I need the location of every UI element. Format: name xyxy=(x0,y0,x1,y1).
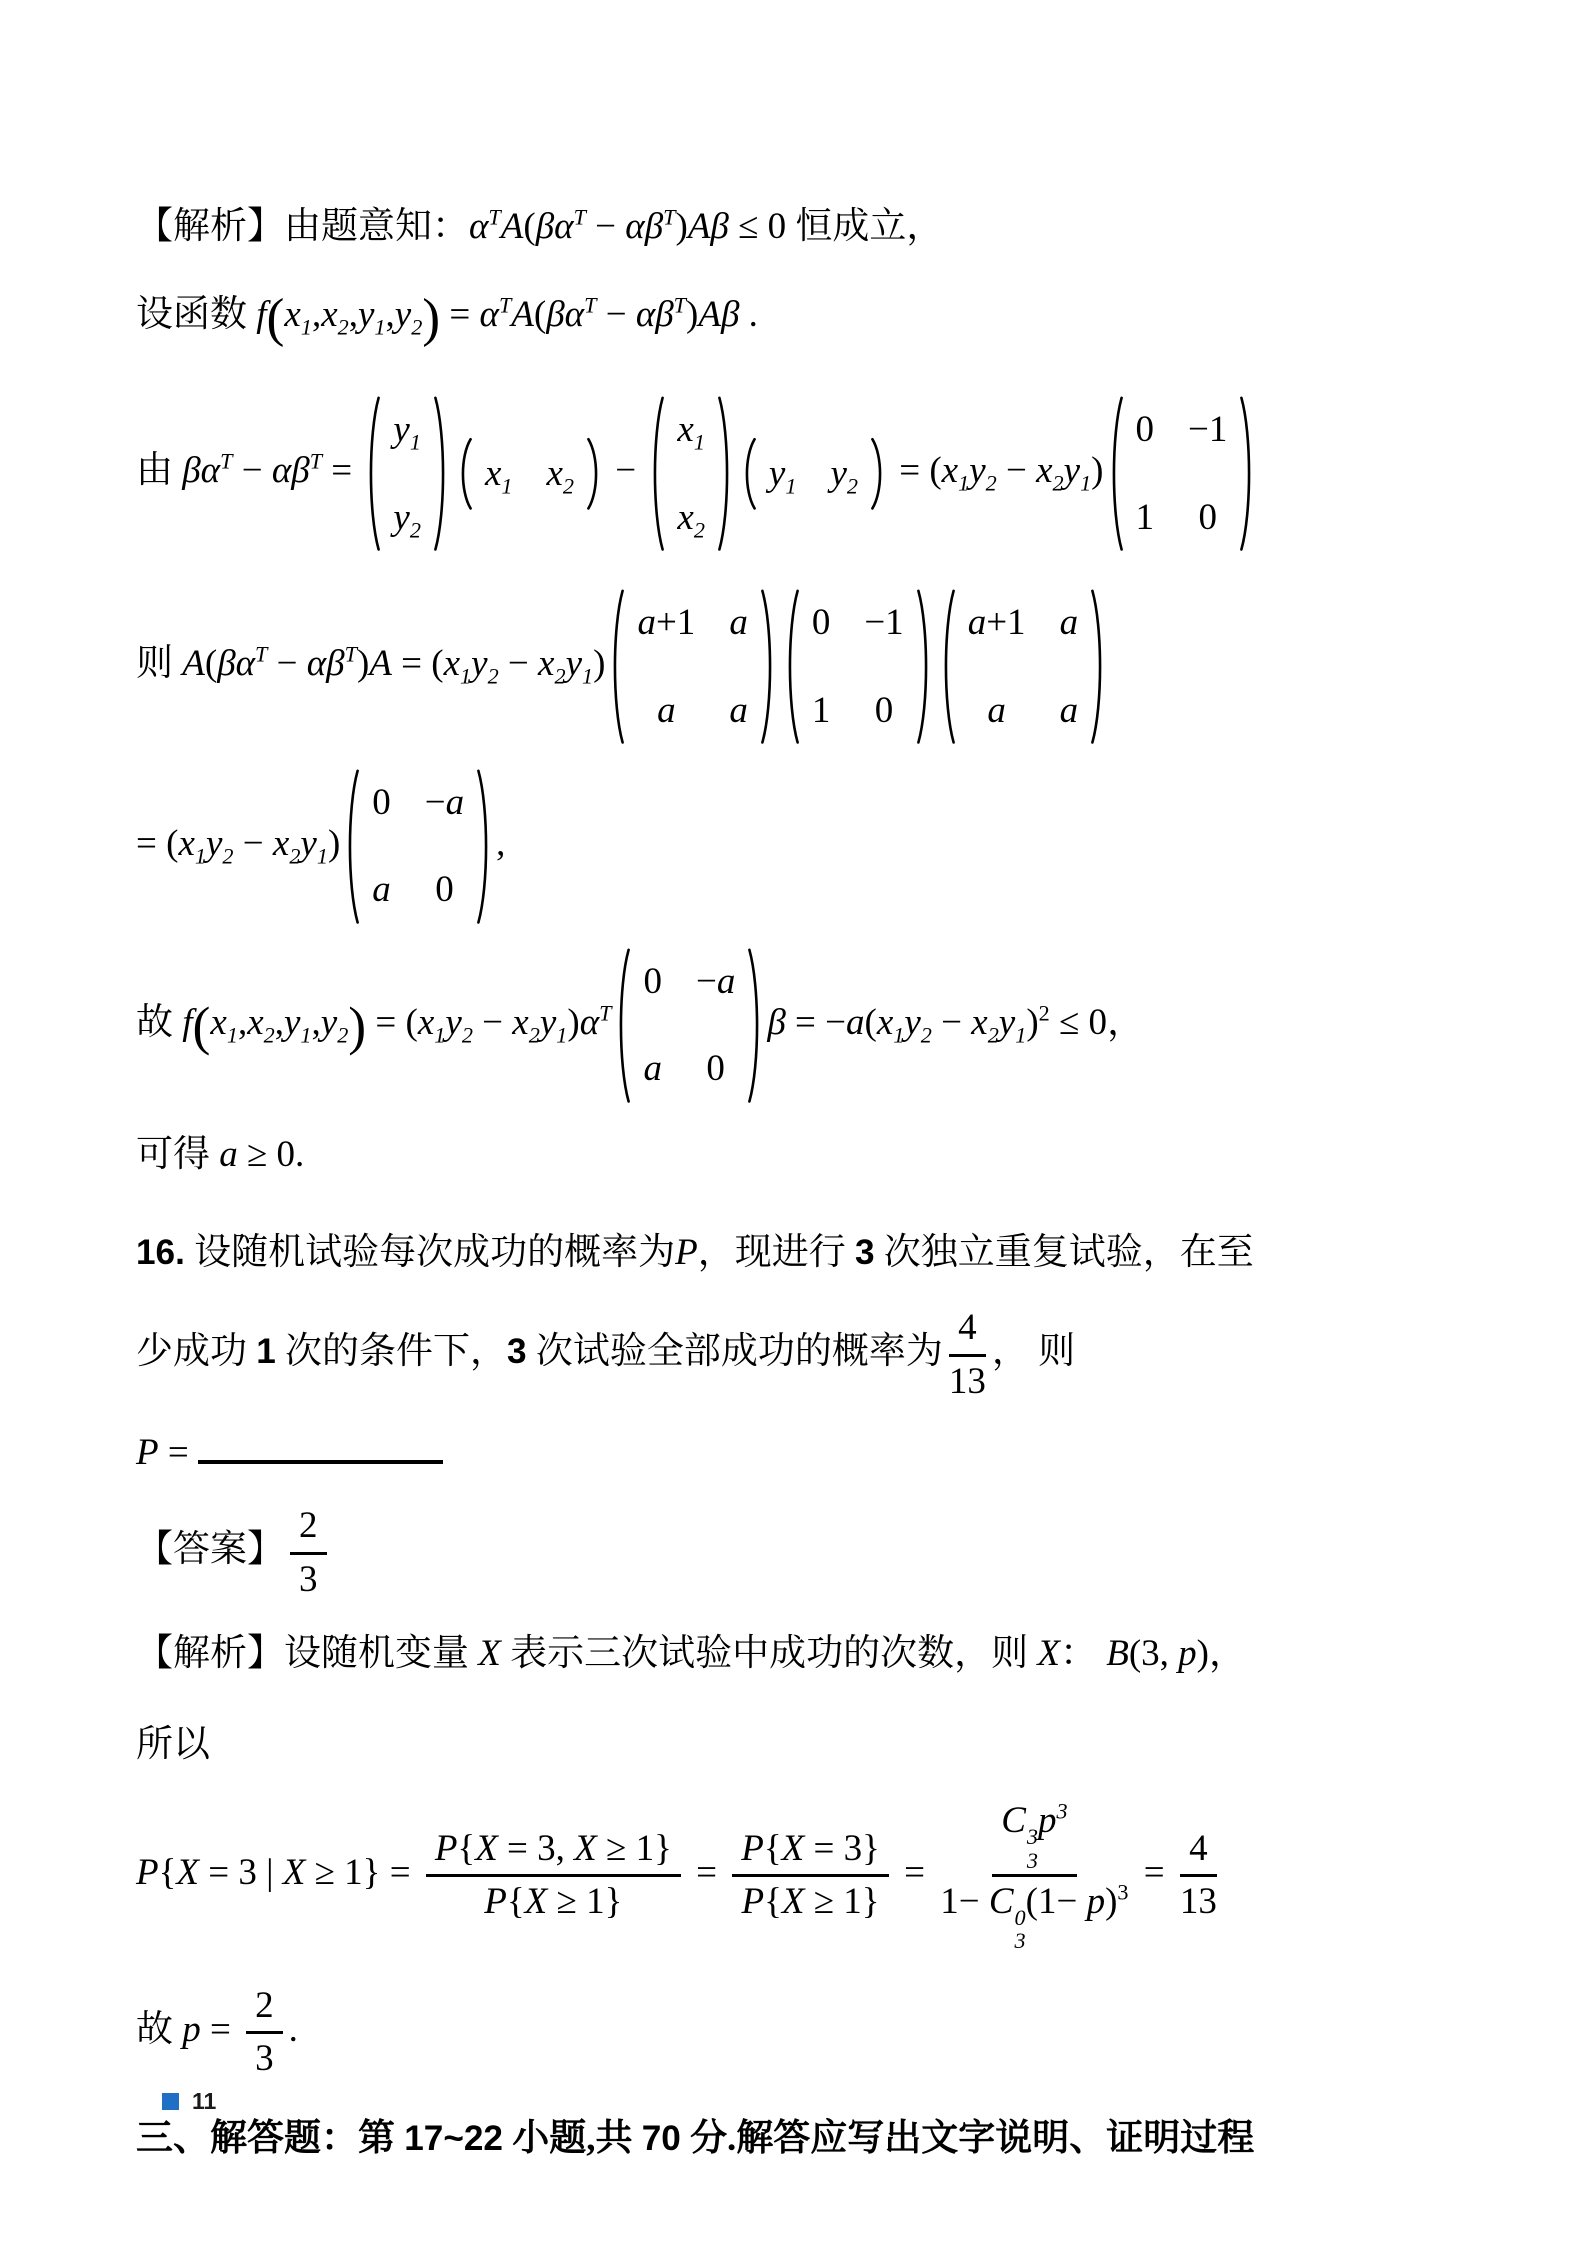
text-run: x1 xyxy=(485,453,513,494)
matrix-grid: 0−aa0 xyxy=(364,764,472,929)
text-run: y1 xyxy=(300,823,328,864)
subscript: 2 xyxy=(1053,470,1064,495)
subscript: 2 xyxy=(462,1022,473,1047)
solution-15-matrix-line-2: 则 A(βαT − αβT)A = (x1y2 − x2y1)a+1aaa0−1… xyxy=(136,584,1497,749)
text-run: y2 xyxy=(471,643,499,684)
text-run: ， 则 xyxy=(992,1332,1075,1373)
text-run: ，现进行 xyxy=(698,1232,855,1273)
matrix-right-paren xyxy=(716,393,733,554)
fraction-denominator: P{X ≥ 1} xyxy=(484,1877,622,1925)
matrix-cell: 0 xyxy=(1198,491,1217,545)
text-run: Aβ xyxy=(698,294,739,335)
fraction-denominator: P{X ≥ 1} xyxy=(742,1877,880,1925)
fraction-denominator: 13 xyxy=(949,1357,986,1405)
matrix-left-paren xyxy=(741,437,758,511)
matrix-cell: x2 xyxy=(677,491,705,545)
subscript: 2 xyxy=(338,314,349,339)
text-run: a xyxy=(372,869,391,910)
text-run: ) xyxy=(686,294,698,335)
text-run: ： xyxy=(1060,1633,1106,1674)
text-run: ) xyxy=(1091,450,1103,491)
superscript: T xyxy=(310,449,322,474)
text-run: 0 xyxy=(1198,497,1217,538)
matrix-grid: x1x2 xyxy=(669,391,713,556)
text-run: y1 xyxy=(566,643,594,684)
matrix-left-paren xyxy=(344,766,361,927)
text-run: ) xyxy=(1197,1633,1209,1674)
matrix-cell: −a xyxy=(425,776,464,830)
subscript: 2 xyxy=(289,843,300,868)
text-run: C03 xyxy=(989,1881,1026,1922)
sup-sub-stack: 33 xyxy=(1027,1825,1038,1872)
text-run: , xyxy=(386,294,395,335)
matrix: a+1aaa xyxy=(940,584,1106,749)
text-run: 1 xyxy=(1136,497,1155,538)
matrix-cell: x1 xyxy=(485,447,513,501)
matrix-cell: −1 xyxy=(1188,403,1227,457)
superscript: T xyxy=(599,1001,611,1026)
matrix: a+1aaa xyxy=(609,584,775,749)
answer-blank xyxy=(198,1421,443,1464)
matrix: x1x2 xyxy=(649,391,733,556)
text-run: y2 xyxy=(969,450,997,491)
text-run: a xyxy=(729,602,748,643)
text-run: x1 xyxy=(284,294,312,335)
text-run: 2 xyxy=(255,1985,274,2026)
matrix-right-paren xyxy=(585,437,602,511)
text-run: = ( xyxy=(366,1002,418,1043)
text-run: 16. xyxy=(136,1233,185,1272)
text-run: x2 xyxy=(321,294,349,335)
fraction: P{X = 3, X ≥ 1}P{X ≥ 1} xyxy=(426,1826,681,1926)
text-run: y2 xyxy=(904,1002,932,1043)
text-run: a xyxy=(729,690,748,731)
text-run: 3 xyxy=(255,2038,274,2079)
subscript: 1 xyxy=(301,314,312,339)
text-run: = 3, xyxy=(498,1828,574,1869)
text-run: ( xyxy=(523,206,535,247)
text-run: x1 xyxy=(418,1002,446,1043)
text-run: 17 xyxy=(404,2119,443,2158)
text-run: x1 xyxy=(178,823,206,864)
text-run: Aβ xyxy=(688,206,729,247)
solution-15-line-1: 【解析】由题意知：αTA(βαT − αβT)Aβ ≤ 0 恒成立， xyxy=(136,200,1497,254)
fraction: 413 xyxy=(949,1305,986,1405)
subscript: 2 xyxy=(337,1022,348,1047)
text-run: = 3 | xyxy=(199,1852,283,1893)
text-run: ≥ 1} = xyxy=(305,1852,419,1893)
matrix-cell: −a xyxy=(696,955,735,1009)
text-run: X xyxy=(782,1881,805,1922)
matrix-cell: y2 xyxy=(393,491,421,545)
text-run: ≤ 0 xyxy=(729,206,796,247)
question-16-line-1: 16. 设随机试验每次成功的概率为P，现进行 3 次独立重复试验，在至 xyxy=(136,1226,1497,1280)
superscript: T xyxy=(345,642,357,667)
text-run: − xyxy=(473,1002,512,1043)
text-run: 恒成立， xyxy=(795,206,943,247)
text-run: A xyxy=(511,294,534,335)
text-run: 2 xyxy=(299,1505,318,1546)
solution-15-conclusion: 可得 a ≥ 0. xyxy=(136,1128,1497,1182)
text-run: 22 xyxy=(464,2119,503,2158)
text-run: y1 xyxy=(999,1002,1027,1043)
text-run: −1 xyxy=(864,602,903,643)
text-run: )2 xyxy=(1026,1002,1049,1043)
text-run: − xyxy=(997,450,1036,491)
subscript: 2 xyxy=(411,314,422,339)
text-run: a xyxy=(1060,602,1079,643)
text-run: C33 xyxy=(1001,1800,1038,1841)
text-run: αβT xyxy=(272,450,322,491)
matrix: 0−110 xyxy=(784,584,932,749)
text-run: X xyxy=(782,1828,805,1869)
text-run: ) xyxy=(328,823,340,864)
text-run: 设函数 xyxy=(136,294,256,335)
text-run: = xyxy=(322,450,361,491)
matrix-right-paren xyxy=(1089,586,1106,747)
superscript: T xyxy=(674,292,686,317)
text-run: a xyxy=(657,690,676,731)
matrix-grid: y1y2 xyxy=(385,391,429,556)
matrix-right-paren xyxy=(869,437,886,511)
text-run: x1 xyxy=(942,450,970,491)
matrix-cell: 0 xyxy=(372,776,391,830)
text-run: A xyxy=(501,206,524,247)
text-run: x2 xyxy=(677,497,705,538)
text-run: x2 xyxy=(1036,450,1064,491)
text-run: = 3} xyxy=(804,1828,880,1869)
text-run: P xyxy=(484,1881,507,1922)
matrix-cell: y1 xyxy=(393,403,421,457)
text-run: +1 xyxy=(986,602,1025,643)
superscript: T xyxy=(499,292,511,317)
matrix-grid: a+1aaa xyxy=(629,584,755,749)
text-run: 由 xyxy=(136,450,182,491)
matrix-cell: 1 xyxy=(812,684,831,738)
text-run: = xyxy=(1135,1852,1174,1893)
text-run: X xyxy=(283,1852,306,1893)
matrix-cell: a xyxy=(1060,596,1079,650)
subscript: 1 xyxy=(1080,470,1091,495)
text-run: = ( xyxy=(890,450,942,491)
matrix-left-paren xyxy=(609,586,626,747)
fraction-denominator: 3 xyxy=(255,2034,274,2082)
text-run: X xyxy=(475,1828,498,1869)
text-run: αβT xyxy=(307,643,357,684)
text-run: 所以 xyxy=(136,1724,210,1765)
text-run: 0 xyxy=(643,961,662,1002)
text-run: = xyxy=(440,294,479,335)
subscript: 1 xyxy=(195,843,206,868)
page-number: 11 xyxy=(192,2088,216,2115)
subscript: 1 xyxy=(460,664,471,689)
text-run: { xyxy=(457,1828,475,1869)
text-run: x1 xyxy=(444,643,472,684)
text-run: X xyxy=(525,1881,548,1922)
explanation-line: 【解析】设随机变量 X 表示三次试验中成功的次数，则 X： B(3, p)， xyxy=(136,1627,1497,1681)
text-run: = xyxy=(201,2009,240,2050)
text-run: x2 xyxy=(971,1002,999,1043)
text-run: X xyxy=(574,1828,597,1869)
text-run: A xyxy=(369,643,392,684)
matrix-right-paren xyxy=(475,766,492,927)
superscript: 0 xyxy=(1015,1906,1026,1929)
matrix-grid: a+1aaa xyxy=(960,584,1086,749)
text-run: y1 xyxy=(769,453,797,494)
matrix-cell: 0 xyxy=(706,1042,725,1096)
text-run: 1− xyxy=(940,1881,989,1922)
matrix-left-paren xyxy=(649,393,666,554)
text-run: 0 xyxy=(1136,409,1155,450)
text-run: . xyxy=(289,2009,298,2050)
text-run: − xyxy=(606,450,645,491)
text-run: ) xyxy=(348,996,366,1056)
therefore-line: 所以 xyxy=(136,1718,1497,1772)
matrix-cell: y1 xyxy=(769,447,797,501)
text-run: a xyxy=(643,1048,662,1089)
text-run: αβT xyxy=(636,294,686,335)
text-run: ) xyxy=(593,643,605,684)
fraction-numerator: 4 xyxy=(1180,1826,1217,1877)
subscript: 1 xyxy=(300,1022,311,1047)
text-run: − xyxy=(425,782,446,823)
text-run: 【解析】由题意知： xyxy=(136,206,469,247)
text-run: 0 xyxy=(875,690,894,731)
matrix-cell: 0 xyxy=(812,596,831,650)
text-run: αT xyxy=(480,294,512,335)
subscript: 3 xyxy=(1027,1849,1038,1872)
matrix-right-paren xyxy=(1238,393,1255,554)
text-run: = ( xyxy=(392,643,444,684)
text-run: a xyxy=(717,961,736,1002)
text-run: f xyxy=(256,294,266,335)
text-run: y1 xyxy=(284,1002,312,1043)
fraction: P{X = 3}P{X ≥ 1} xyxy=(732,1826,889,1926)
subscript: 1 xyxy=(317,843,328,868)
text-run: ( xyxy=(193,996,211,1056)
text-run: 4 xyxy=(1189,1828,1208,1869)
text-run: 次的条件下， xyxy=(276,1332,507,1373)
sup-sub-stack: 03 xyxy=(1015,1906,1026,1953)
text-run: 0 xyxy=(435,869,454,910)
page-footer: 11 xyxy=(162,2088,216,2115)
text-run: = xyxy=(687,1852,726,1893)
text-run: − xyxy=(232,450,271,491)
text-run: 0 xyxy=(372,782,391,823)
text-run: X xyxy=(478,1633,501,1674)
fraction-numerator: P{X = 3, X ≥ 1} xyxy=(426,1826,681,1877)
matrix-cell: x1 xyxy=(677,403,705,457)
text-run: = xyxy=(159,1432,198,1473)
subscript: 2 xyxy=(563,473,574,498)
text-run: 故 xyxy=(136,1002,182,1043)
subscript: 2 xyxy=(264,1022,275,1047)
answer-line: 【答案】23 xyxy=(136,1503,1497,1603)
matrix: 0−aa0 xyxy=(344,764,492,929)
text-run: 分.解答应写出文字说明、证明过程 xyxy=(681,2118,1255,2159)
text-run: 4 xyxy=(958,1307,977,1348)
matrix-cell: 0 xyxy=(875,684,894,738)
text-run: − xyxy=(596,294,635,335)
matrix-grid: 0−aa0 xyxy=(635,943,743,1108)
superscript: T xyxy=(488,205,500,230)
text-run: ) xyxy=(422,287,440,347)
page-content: 【解析】由题意知：αTA(βαT − αβT)Aβ ≤ 0 恒成立， 设函数 f… xyxy=(0,0,1587,2166)
text-run: y2 xyxy=(395,294,423,335)
text-run: 故 xyxy=(136,2009,182,2050)
text-run: 三、解答题：第 xyxy=(136,2118,404,2159)
subscript: 1 xyxy=(434,1022,445,1047)
question-16-blank-line: P = xyxy=(136,1421,1497,1479)
text-run: (3, xyxy=(1129,1633,1178,1674)
matrix: x1x2 xyxy=(457,435,602,513)
text-run: P xyxy=(136,1432,159,1473)
matrix: 0−aa0 xyxy=(615,943,763,1108)
superscript: T xyxy=(220,449,232,474)
text-run: 0 xyxy=(812,602,831,643)
matrix-right-paren xyxy=(746,945,763,1106)
text-run: ~ xyxy=(443,2119,464,2158)
text-run: 次试验全部成功的概率为 xyxy=(527,1332,943,1373)
text-run: y2 xyxy=(393,497,421,538)
superscript: 3 xyxy=(1027,1825,1038,1848)
matrix-cell: a xyxy=(657,684,676,738)
subscript: 1 xyxy=(958,470,969,495)
matrix-cell: a+1 xyxy=(968,596,1026,650)
text-run: 【答案】 xyxy=(136,1530,284,1571)
text-run: − xyxy=(499,643,538,684)
superscript: T xyxy=(255,642,267,667)
text-run: 0 xyxy=(706,1048,725,1089)
subscript: 1 xyxy=(501,473,512,498)
matrix-left-paren xyxy=(365,393,382,554)
text-run: +1 xyxy=(656,602,695,643)
text-run: ( xyxy=(205,643,217,684)
text-run: ) xyxy=(567,1002,579,1043)
text-run: 次独立重复试验，在至 xyxy=(875,1232,1254,1273)
text-run: 1 xyxy=(256,1333,276,1372)
text-run: ≥ 1} xyxy=(805,1881,880,1922)
matrix-cell: a xyxy=(1060,684,1079,738)
text-run: . xyxy=(739,294,758,335)
text-run: x2 xyxy=(512,1002,540,1043)
fraction: 413 xyxy=(1180,1826,1217,1926)
text-run: 1 xyxy=(812,690,831,731)
solution-15-matrix-line-4: 故 f(x1,x2,y1,y2) = (x1y2 − x2y1)αT0−aa0β… xyxy=(136,943,1497,1108)
matrix-cell: a+1 xyxy=(637,596,695,650)
subscript: 3 xyxy=(1015,1929,1026,1952)
subscript: 1 xyxy=(694,429,705,454)
text-run: y2 xyxy=(206,823,234,864)
text-run: , xyxy=(496,823,505,864)
text-run: 【解析】设随机变量 xyxy=(136,1633,478,1674)
text-run: p xyxy=(1178,1633,1197,1674)
text-run: 则 xyxy=(136,643,182,684)
text-run: x1 xyxy=(877,1002,905,1043)
text-run: a xyxy=(1060,690,1079,731)
text-run: − xyxy=(696,961,717,1002)
text-run: p3 xyxy=(1038,1800,1068,1841)
matrix-cell: a xyxy=(729,684,748,738)
subscript: 1 xyxy=(785,473,796,498)
matrix-grid: 0−110 xyxy=(804,584,912,749)
footer-accent-square xyxy=(162,2093,179,2110)
text-run: 少成功 xyxy=(136,1332,256,1373)
text-run: P xyxy=(136,1852,159,1893)
subscript: 1 xyxy=(227,1022,238,1047)
solution-15-line-2: 设函数 f(x1,x2,y1,y2) = αTA(βαT − αβT)Aβ . xyxy=(136,288,1497,345)
superscript: 3 xyxy=(1117,1880,1128,1905)
text-run: ≥ 0. xyxy=(238,1134,305,1175)
text-run: x2 xyxy=(247,1002,275,1043)
text-run: βαT xyxy=(182,450,232,491)
fraction-numerator: 2 xyxy=(246,1983,283,2034)
matrix-cell: 0 xyxy=(435,863,454,917)
result-line: 故 p = 23. xyxy=(136,1983,1497,2083)
subscript: 1 xyxy=(410,429,421,454)
text-run: , xyxy=(238,1002,247,1043)
matrix-cell: 1 xyxy=(1136,491,1155,545)
text-run: X xyxy=(1037,1633,1060,1674)
subscript: 2 xyxy=(986,470,997,495)
text-run: P xyxy=(435,1828,458,1869)
text-run: − xyxy=(932,1002,971,1043)
matrix-left-paren xyxy=(940,586,957,747)
matrix-cell: 0 xyxy=(1136,403,1155,457)
text-run: = ( xyxy=(136,823,178,864)
question-16-line-2: 少成功 1 次的条件下，3 次试验全部成功的概率为413， 则 xyxy=(136,1305,1497,1405)
fraction-numerator: 2 xyxy=(290,1503,327,1554)
text-run: = xyxy=(895,1852,934,1893)
text-run: f xyxy=(182,1002,192,1043)
text-run: { xyxy=(764,1881,782,1922)
text-run: 3 xyxy=(299,1559,318,1600)
text-run: 3 xyxy=(507,1333,527,1372)
matrix-grid: x1x2 xyxy=(477,435,582,513)
text-run: y2 xyxy=(445,1002,473,1043)
text-run: , xyxy=(312,1002,321,1043)
matrix-right-paren xyxy=(432,393,449,554)
text-run: P xyxy=(675,1232,698,1273)
matrix-cell: a xyxy=(987,684,1006,738)
text-run: (1− xyxy=(1026,1881,1087,1922)
matrix-cell: a xyxy=(729,596,748,650)
matrix-right-paren xyxy=(915,586,932,747)
text-run: y1 xyxy=(393,409,421,450)
fraction: 23 xyxy=(246,1983,283,2083)
text-run: 13 xyxy=(949,1361,986,1402)
text-run: )3 xyxy=(1105,1881,1128,1922)
text-run: αT xyxy=(469,206,501,247)
text-run: a xyxy=(968,602,987,643)
subscript: 2 xyxy=(554,664,565,689)
text-run: αβT xyxy=(625,206,675,247)
document-page: 【解析】由题意知：αTA(βαT − αβT)Aβ ≤ 0 恒成立， 设函数 f… xyxy=(0,0,1587,2245)
text-run: , xyxy=(275,1002,284,1043)
matrix: 0−110 xyxy=(1108,391,1256,556)
text-run: 表示三次试验中成功的次数，则 xyxy=(501,1633,1038,1674)
subscript: 1 xyxy=(893,1022,904,1047)
text-run: y1 xyxy=(540,1002,568,1043)
text-run: ( xyxy=(267,287,285,347)
matrix-left-paren xyxy=(457,437,474,511)
fraction-numerator: P{X = 3} xyxy=(732,1826,889,1877)
text-run: a xyxy=(987,690,1006,731)
text-run: { xyxy=(507,1881,525,1922)
probability-formula-line: P{X = 3 | X ≥ 1} = P{X = 3, X ≥ 1}P{X ≥ … xyxy=(136,1798,1497,1953)
subscript: 2 xyxy=(847,473,858,498)
text-run: 13 xyxy=(1180,1881,1217,1922)
